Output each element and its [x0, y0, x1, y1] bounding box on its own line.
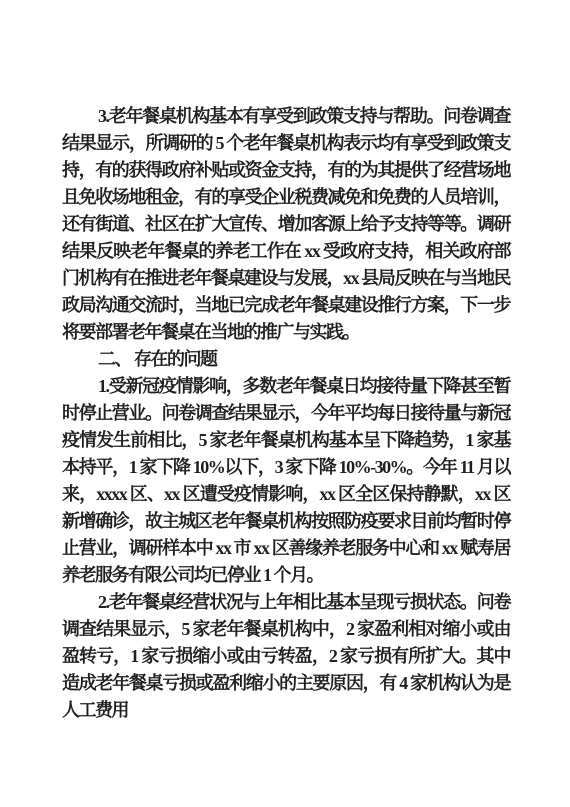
paragraph-covid-impact: 1.受新冠疫情影响，多数老年餐桌日均接待量下降甚至暂时停止营业。问卷调查结果显示… — [62, 373, 510, 589]
section-heading-problems: 二、 存在的问题 — [62, 346, 510, 373]
document-content: 3.老年餐桌机构基本有享受到政策支持与帮助。问卷调查结果显示，所调研的 5 个老… — [62, 103, 510, 724]
paragraph-policy-support: 3.老年餐桌机构基本有享受到政策支持与帮助。问卷调查结果显示，所调研的 5 个老… — [62, 103, 510, 346]
document-page: 3.老年餐桌机构基本有享受到政策支持与帮助。问卷调查结果显示，所调研的 5 个老… — [0, 0, 570, 807]
paragraph-operating-loss: 2.老年餐桌经营状况与上年相比基本呈现亏损状态。问卷调查结果显示，5 家老年餐桌… — [62, 589, 510, 724]
